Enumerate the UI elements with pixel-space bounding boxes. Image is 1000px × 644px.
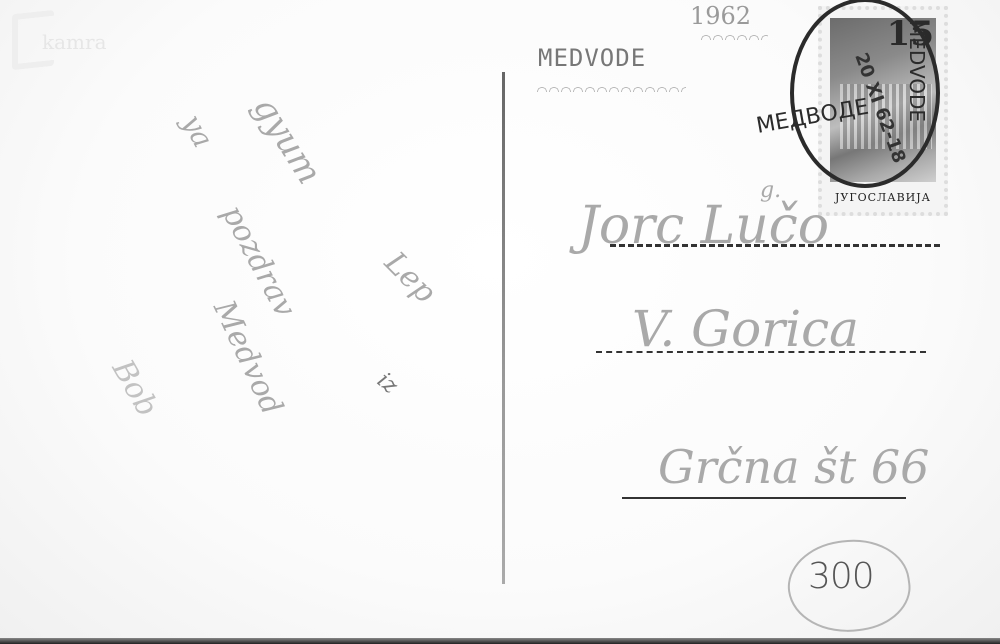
center-divider	[502, 72, 505, 584]
address-rule-3	[622, 497, 906, 499]
year-annotation: 1962	[690, 2, 751, 30]
address-line-2: V. Gorica	[632, 300, 859, 358]
address-line-1: Jorc Lučo	[578, 196, 829, 256]
message-word-1: Lep	[378, 245, 443, 310]
year-underline	[700, 30, 768, 40]
address-rule-2	[596, 351, 926, 353]
postcard-back: kamra gyum Lep pozdrav iz Medvod ya Bob …	[0, 0, 1000, 644]
message-word-3: iz	[372, 368, 402, 399]
place-underline	[536, 82, 686, 92]
postmark-city-latin: MEDVODE	[905, 20, 929, 122]
watermark-logo: kamra	[12, 12, 122, 60]
watermark-text: kamra	[42, 30, 107, 54]
message-word-greeting: gyum	[245, 89, 329, 191]
signature: Bob	[105, 354, 165, 423]
price-annotation: 300	[808, 556, 874, 597]
stamp-country: ЈУГОСЛАВИЈА	[822, 191, 944, 204]
message-word-prefix: ya	[175, 109, 219, 153]
address-line-3: Grčna št 66	[658, 440, 929, 494]
place-annotation: MEDVODE	[538, 44, 646, 72]
address-rule-1	[610, 244, 940, 247]
